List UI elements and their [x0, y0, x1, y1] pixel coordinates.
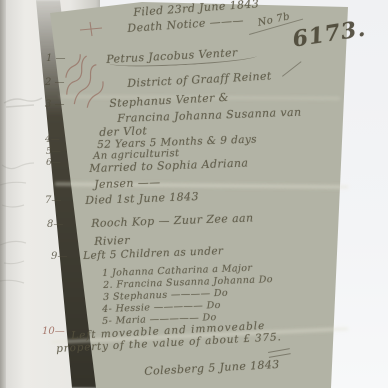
mother-name-line-2: der Vlot	[99, 125, 147, 138]
spouse-line-2: Jensen ——	[94, 177, 161, 190]
margin-number-4: 4—	[45, 136, 60, 145]
margin-number-10: 10—	[42, 327, 65, 337]
margin-number-3: 3 —	[45, 100, 65, 110]
bleed-through-marks	[0, 85, 48, 295]
margin-number-8: 8—	[47, 220, 63, 230]
margin-number-6: 6—	[46, 159, 61, 168]
document-photo: Filed 23rd June 1843 Death Notice ——— No…	[0, 0, 388, 388]
margin-number-1: 1 —	[46, 54, 66, 64]
place-of-death-line-2: Rivier	[94, 235, 130, 247]
margin-number-9: 9—	[51, 252, 67, 262]
margin-number-2: 2 —	[45, 78, 65, 88]
margin-number-7: 7—	[45, 196, 61, 206]
margin-number-5: 5—	[46, 148, 61, 157]
